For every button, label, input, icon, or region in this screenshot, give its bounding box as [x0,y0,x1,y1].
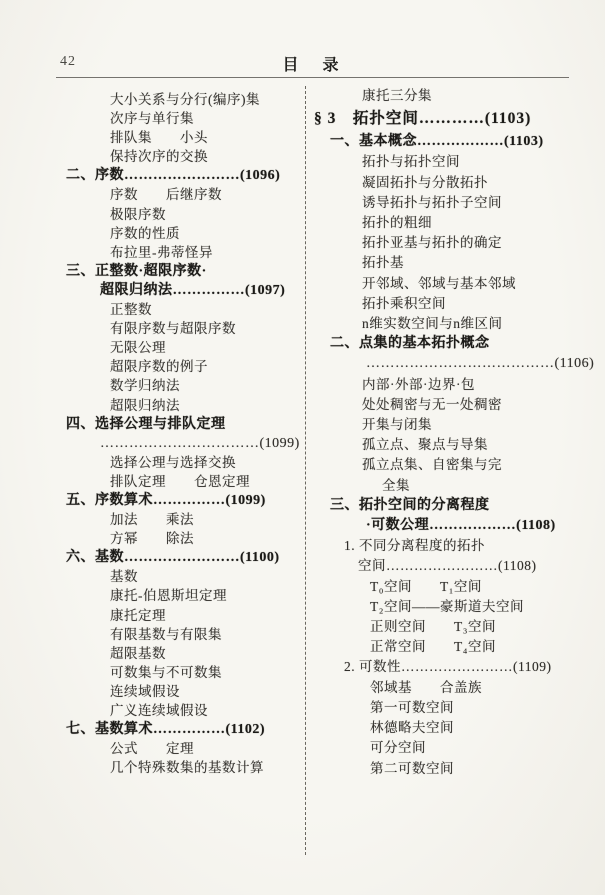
toc-line: 孤立点、聚点与导集 [314,435,594,455]
toc-line: 七、基数算术……………(1102) [58,720,305,739]
toc-line: 林德略夫空间 [314,718,594,738]
toc-line: 可分空间 [314,738,594,758]
toc-line: 选择公理与选择交换 [58,453,305,472]
toc-line: …………………………………(1106) [314,354,594,374]
toc-line: 基数 [58,567,305,586]
toc-right-column: 康托三分集§ 3 拓扑空间…………(1103)一、基本概念………………(1103… [305,86,594,855]
toc-line: 连续域假设 [58,682,305,701]
toc-line: 邻域基 合盖族 [314,678,594,698]
toc-line: 空间……………………(1108) [314,556,594,576]
toc-line: 内部·外部·边界·包 [314,375,594,395]
toc-line: 超限基数 [58,644,305,663]
header-rule [56,77,569,78]
toc-line: T₀空间 T₁空间 [314,577,594,597]
toc-line: § 3 拓扑空间…………(1103) [314,106,594,132]
toc-line: 拓扑与拓扑空间 [314,152,594,172]
toc-line: 正整数 [58,300,305,319]
toc-line: 二、序数……………………(1096) [58,166,305,185]
toc-line: 方幂 除法 [58,529,305,548]
toc-left-column: 大小关系与分行(编序)集次序与单行集排队集 小头保持次序的交换二、序数……………… [58,86,305,855]
toc-line: n维实数空间与n维区间 [314,314,594,334]
toc-line: 2. 可数性……………………(1109) [314,657,594,677]
toc-line: 开集与闭集 [314,415,594,435]
toc-line: 康托定理 [58,606,305,625]
toc-line: 拓扑基 [314,253,594,273]
toc-line: 正则空间 T₃空间 [314,617,594,637]
toc-line: 保持次序的交换 [58,147,305,166]
toc-line: 第一可数空间 [314,698,594,718]
toc-line: ……………………………(1099) [58,434,305,453]
toc-line: 大小关系与分行(编序)集 [58,90,305,109]
toc-line: 排队定理 仓恩定理 [58,472,305,491]
toc-line: T₂空间——豪斯道夫空间 [314,597,594,617]
toc-line: 布拉里-弗蒂怪异 [58,243,305,262]
toc-line: 超限归纳法……………(1097) [58,281,305,300]
toc-line: 有限基数与有限集 [58,625,305,644]
toc-line: 超限归纳法 [58,396,305,415]
toc-line: ·可数公理………………(1108) [314,516,594,536]
toc-line: 可数集与不可数集 [58,663,305,682]
toc-line: 处处稠密与无一处稠密 [314,395,594,415]
toc-line: 三、拓扑空间的分离程度 [314,496,594,516]
toc-line: 康托三分集 [314,86,594,106]
toc-line: 超限序数的例子 [58,357,305,376]
toc-columns: 大小关系与分行(编序)集次序与单行集排队集 小头保持次序的交换二、序数……………… [58,86,575,855]
toc-line: 几个特殊数集的基数计算 [58,758,305,777]
toc-line: 一、基本概念………………(1103) [314,132,594,152]
toc-line: 无限公理 [58,338,305,357]
toc-line: 正常空间 T₄空间 [314,637,594,657]
toc-line: 1. 不同分离程度的拓扑 [314,536,594,556]
toc-line: 康托-伯恩斯坦定理 [58,586,305,605]
toc-line: 拓扑的粗细 [314,213,594,233]
page-title: 目 录 [58,52,567,75]
toc-line: 排队集 小头 [58,128,305,147]
toc-line: 序数 后继序数 [58,185,305,204]
toc-line: 广义连续域假设 [58,701,305,720]
toc-line: 公式 定理 [58,739,305,758]
toc-line: 次序与单行集 [58,109,305,128]
toc-line: 拓扑亚基与拓扑的确定 [314,233,594,253]
toc-line: 有限序数与超限序数 [58,319,305,338]
toc-line: 三、正整数·超限序数· [58,262,305,281]
toc-line: 第二可数空间 [314,759,594,779]
toc-line: 孤立点集、自密集与完 [314,455,594,475]
toc-line: 极限序数 [58,205,305,224]
scanned-toc-page: 42 目 录 大小关系与分行(编序)集次序与单行集排队集 小头保持次序的交换二、… [0,0,605,895]
toc-line: 数学归纳法 [58,376,305,395]
toc-line: 六、基数……………………(1100) [58,548,305,567]
toc-line: 凝固拓扑与分散拓扑 [314,173,594,193]
toc-line: 五、序数算术……………(1099) [58,491,305,510]
toc-line: 拓扑乘积空间 [314,294,594,314]
toc-line: 序数的性质 [58,224,305,243]
toc-line: 开邻域、邻域与基本邻域 [314,274,594,294]
toc-line: 四、选择公理与排队定理 [58,415,305,434]
toc-line: 二、点集的基本拓扑概念 [314,334,594,354]
page-header: 42 目 录 [58,52,567,76]
toc-line: 加法 乘法 [58,510,305,529]
toc-line: 全集 [314,476,594,496]
toc-line: 诱导拓扑与拓扑子空间 [314,193,594,213]
